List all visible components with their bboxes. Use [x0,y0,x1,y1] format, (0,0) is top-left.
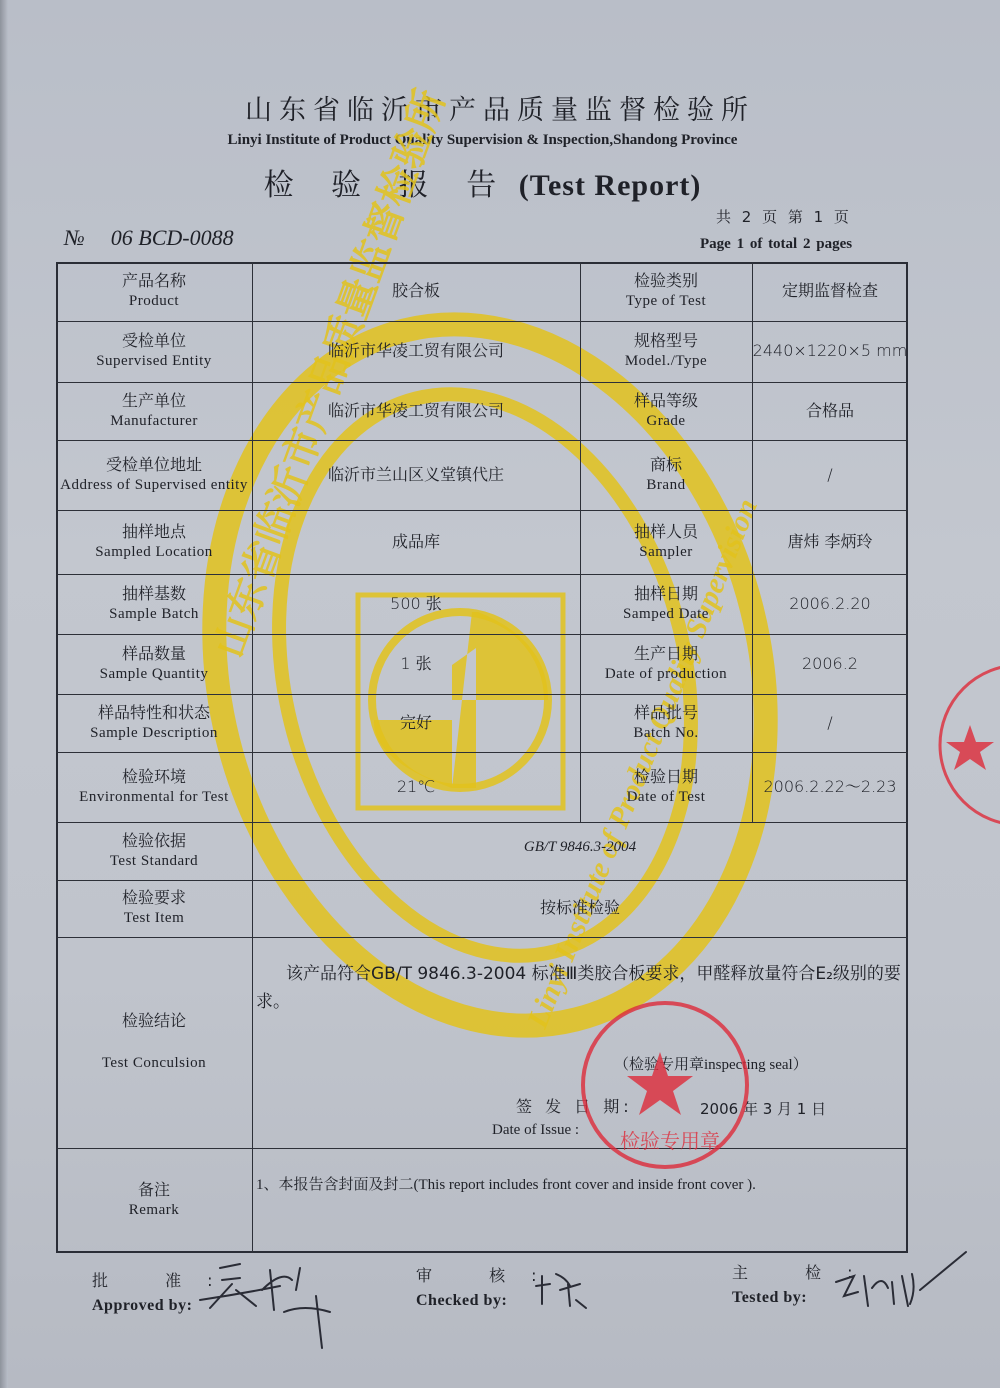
row-value-2: 合格品 [752,382,908,440]
label-en: Address of Supervised entity [60,476,248,496]
row-value-2: 2006.2.20 [752,574,908,634]
value: GB/T 9846.3-2004 [524,838,636,858]
approved-by: 批 准: Approved by: [92,1268,238,1315]
value: 临沂市华凌工贸有限公司 [328,341,504,362]
issue-date-value: 2006 年 3 月 1 日 [700,1098,826,1119]
inspecting-seal-note: （检验专用章inspecting seal） [614,1053,808,1074]
value: 2006.2 [802,654,858,675]
label-cn: 生产日期 [634,644,698,665]
value: 唐炜 李炳玲 [787,532,872,553]
label-en: Date of production [605,665,727,685]
report-number: №06 BCD-0088 [64,225,234,251]
label-en: Sampled Location [95,543,213,563]
conclusion-label: 检验结论 Test Conculsion [56,937,252,1148]
row-value: 成品库 [252,510,580,574]
label-en: Product [129,292,179,312]
row-value: 临沂市华凌工贸有限公司 [252,321,580,382]
row-label-2: 规格型号Model./Type [580,321,752,382]
label-en: Grade [646,412,685,432]
value: 1 张 [400,654,431,675]
tested-label-cn: 主 检: [732,1260,878,1283]
row-value-2: / [752,694,908,752]
value: / [827,465,832,486]
label-en: Sample Description [90,724,218,744]
issue-date-label-en: Date of Issue : [492,1122,579,1139]
number-symbol: № [64,225,85,250]
row-label-2: 抽样人员Sampler [580,510,752,574]
row-label-2: 检验日期Date of Test [580,752,752,822]
value: 胶合板 [392,281,440,302]
value: 临沂市兰山区义堂镇代庄 [328,465,504,486]
row-value: 临沂市华凌工贸有限公司 [252,382,580,440]
label-cn: 抽样人员 [634,522,698,543]
row-value-2: 2006.2.22～2.23 [752,752,908,822]
label-en: Batch No. [633,724,698,744]
row-value-2: 2006.2 [752,634,908,694]
tested-by: 主 检: Tested by: [732,1260,878,1307]
label-cn: 备注 [138,1180,170,1201]
row-label: 生产单位Manufacturer [56,382,252,440]
remark-label: 备注 Remark [56,1148,252,1253]
value: 完好 [400,713,432,734]
label-en: Test Standard [110,852,198,872]
label-cn: 样品特性和状态 [98,703,210,724]
row-value: 500 张 [252,574,580,634]
row-label-2: 样品等级Grade [580,382,752,440]
test-item-value: 按标准检验 [252,880,908,937]
report-title-en: (Test Report) [519,169,702,202]
label-cn: 商标 [650,455,682,476]
row-value: 胶合板 [252,262,580,321]
label-en: Supervised Entity [96,352,212,372]
row-value-2: 唐炜 李炳玲 [752,510,908,574]
test-standard-label: 检验依据 Test Standard [56,822,252,880]
row-value: 21℃ [252,752,580,822]
label-en: Sample Batch [109,605,199,625]
row-label: 样品特性和状态Sample Description [56,694,252,752]
approved-label-en: Approved by: [92,1297,238,1315]
label-cn: 抽样日期 [634,584,698,605]
row-label: 受检单位地址Address of Supervised entity [56,440,252,510]
report-title-cn: 检 验 报 告 [264,168,511,203]
row-value: 完好 [252,694,580,752]
row-label: 样品数量Sample Quantity [56,634,252,694]
row-label-2: 商标Brand [580,440,752,510]
row-label: 抽样基数Sample Batch [56,574,252,634]
conclusion-text: 该产品符合GB/T 9846.3-2004 标准Ⅲ类胶合板要求，甲醛释放量符合E… [256,960,906,1016]
label-en: Sampler [639,543,693,563]
checked-label-cn: 审 核: [416,1263,562,1286]
value: 21℃ [397,777,435,798]
row-label: 受检单位Supervised Entity [56,321,252,382]
label-cn: 检验类别 [634,271,698,292]
row-value: 临沂市兰山区义堂镇代庄 [252,440,580,510]
label-cn: 抽样地点 [122,522,186,543]
label-en: Samped Date [623,605,709,625]
row-value-2: / [752,440,908,510]
page-indicator-en: Page 1 of total 2 pages [700,236,852,253]
label-en: Brand [646,476,685,496]
institute-name-cn: 山东省临沂市产品质量监督检验所 [0,88,1000,127]
label-en: Date of Test [627,788,706,808]
label-cn: 检验结论 [122,1011,186,1032]
label-cn: 样品等级 [634,391,698,412]
label-cn: 样品数量 [122,644,186,665]
checked-by: 审 核: Checked by: [416,1263,562,1310]
value: / [827,713,832,734]
approved-label-cn: 批 准: [92,1268,238,1291]
label-en: Test Conculsion [102,1054,206,1074]
label-cn: 检验要求 [122,888,186,909]
value: 按标准检验 [540,898,620,919]
value: 2006.2.22～2.23 [763,777,896,798]
test-standard-value: GB/T 9846.3-2004 [252,822,908,874]
label-cn: 受检单位 [122,331,186,352]
report-number-value: 06 BCD-0088 [111,225,234,250]
row-label-2: 抽样日期Samped Date [580,574,752,634]
row-label-2: 样品批号Batch No. [580,694,752,752]
row-label-2: 检验类别Type of Test [580,262,752,321]
row-label: 检验环境Environmental for Test [56,752,252,822]
row-value: 1 张 [252,634,580,694]
test-item-label: 检验要求 Test Item [56,880,252,937]
value: 2440×1220×5 mm [753,341,908,362]
value: 合格品 [806,401,854,422]
value: 500 张 [390,594,442,615]
row-value-2: 2440×1220×5 mm [752,321,908,382]
label-en: Test Item [124,909,185,929]
value: 定期监督检查 [782,281,878,302]
label-en: Manufacturer [110,412,198,432]
report-title: 检 验 报 告 (Test Report) [0,160,965,204]
checked-label-en: Checked by: [416,1292,562,1310]
tested-label-en: Tested by: [732,1289,878,1307]
page-indicator-cn: 共 2 页 第 1 页 [716,206,852,227]
label-en: Type of Test [626,292,706,312]
value: 2006.2.20 [789,594,870,615]
label-en: Sample Quantity [100,665,209,685]
row-label-2: 生产日期Date of production [580,634,752,694]
label-en: Environmental for Test [79,788,229,808]
label-cn: 检验依据 [122,831,186,852]
label-cn: 抽样基数 [122,584,186,605]
remark-text: 1、本报告含封面及封二(This report includes front c… [256,1172,876,1198]
label-cn: 样品批号 [634,703,698,724]
paper-edge [0,0,8,1388]
row-value-2: 定期监督检查 [752,262,908,321]
issue-date-label-cn: 签 发 日 期: [516,1094,633,1117]
label-cn: 检验日期 [634,767,698,788]
row-label: 产品名称Product [56,262,252,321]
label-cn: 规格型号 [634,331,698,352]
row-label: 抽样地点Sampled Location [56,510,252,574]
label-cn: 检验环境 [122,767,186,788]
label-en: Remark [129,1201,179,1221]
label-cn: 产品名称 [122,271,186,292]
label-cn: 生产单位 [122,391,186,412]
label-cn: 受检单位地址 [106,455,202,476]
value: 临沂市华凌工贸有限公司 [328,401,504,422]
institute-name-en: Linyi Institute of Product Quality Super… [0,132,965,149]
label-en: Model./Type [625,352,707,372]
value: 成品库 [392,532,440,553]
